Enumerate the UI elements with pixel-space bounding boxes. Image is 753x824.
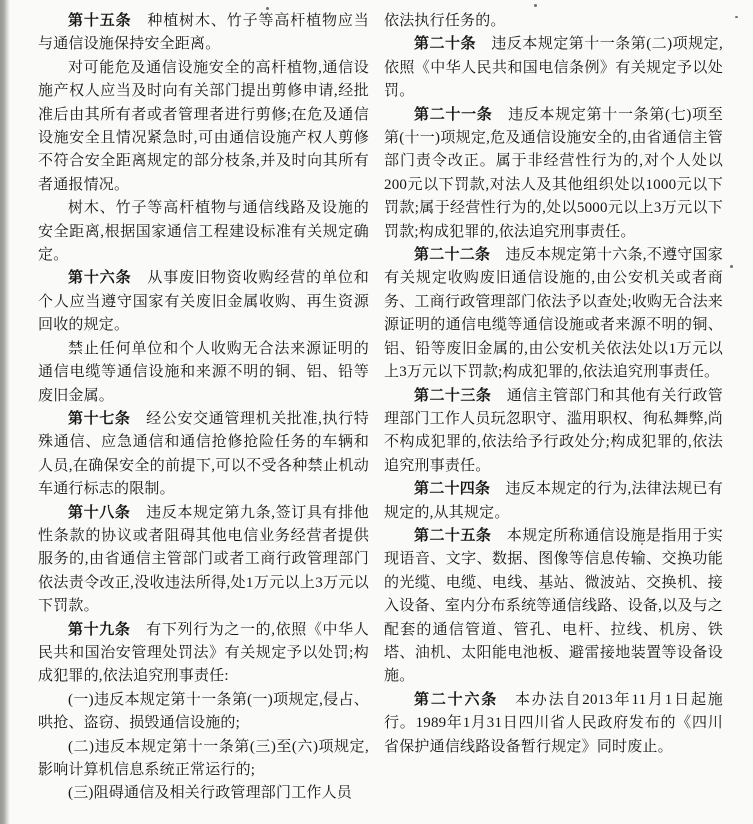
article-21-text: 违反本规定第十一条第(七)项至第(十一)项规定,危及通信设施安全的,由省通信主管… — [384, 107, 723, 240]
left-column: 第十五条 种植树木、竹子等高杆植物应当与通信设施保持安全距离。 对可能危及通信设… — [38, 10, 369, 806]
article-19-item-1-text: (一)违反本规定第十一条第(一)项规定,侵占、哄抢、盗窃、损毁通信设施的; — [38, 692, 369, 731]
article-19-item-3-continued-text: 依法执行任务的。 — [384, 13, 506, 29]
paragraph-article-22: 第二十二条 违反本规定第十六条,不遵守国家有关规定收购废旧通信设施的,由公安机关… — [384, 244, 723, 384]
paragraph-article-15-para3: 树木、竹子等高杆植物与通信线路及设施的安全距离,根据国家通信工程建设标准有关规定… — [38, 197, 369, 267]
scanned-document-page: { "page": { "colors": { "paper": "#fafaf… — [0, 0, 753, 824]
article-15-number: 第十五条 — [68, 13, 132, 29]
article-15-para3-text: 树木、竹子等高杆植物与通信线路及设施的安全距离,根据国家通信工程建设标准有关规定… — [38, 200, 369, 263]
article-22-text: 违反本规定第十六条,不遵守国家有关规定收购废旧通信设施的,由公安机关或者商务、工… — [384, 247, 723, 380]
article-16-number: 第十六条 — [68, 270, 132, 286]
paragraph-article-15-para2: 对可能危及通信设施安全的高杆植物,通信设施产权人应当及时向有关部门提出剪修申请,… — [38, 57, 369, 197]
article-22-number: 第二十二条 — [414, 247, 490, 263]
article-18-number: 第十八条 — [68, 505, 131, 521]
paragraph-article-19-item-3: (三)阻碍通信及相关行政管理部门工作人员 — [38, 782, 369, 805]
article-21-number: 第二十一条 — [414, 107, 492, 123]
article-19-item-2-text: (二)违反本规定第十一条第(三)至(六)项规定,影响计算机信息系统正常运行的; — [38, 739, 369, 778]
article-19-item-3-text: (三)阻碍通信及相关行政管理部门工作人员 — [68, 785, 352, 801]
paragraph-article-26: 第二十六条 本办法自2013年11月1日起施行。1989年1月31日四川省人民政… — [384, 689, 723, 759]
paragraph-article-15: 第十五条 种植树木、竹子等高杆植物应当与通信设施保持安全距离。 — [38, 10, 369, 57]
paragraph-article-21: 第二十一条 违反本规定第十一条第(七)项至第(十一)项规定,危及通信设施安全的,… — [384, 104, 723, 244]
paragraph-article-19-item-3-continued: 依法执行任务的。 — [384, 10, 723, 33]
article-25-text: 本规定所称通信设施是指用于实现语音、文字、数据、图像等信息传输、交换功能的光缆、… — [384, 528, 723, 684]
article-25-number: 第二十五条 — [414, 528, 491, 544]
article-15-para2-text: 对可能危及通信设施安全的高杆植物,通信设施产权人应当及时向有关部门提出剪修申请,… — [38, 60, 369, 193]
article-26-number: 第二十六条 — [414, 692, 498, 708]
paragraph-article-20: 第二十条 违反本规定第十一条第(二)项规定,依照《中华人民共和国电信条例》有关规… — [384, 33, 723, 103]
paragraph-article-19-item-1: (一)违反本规定第十一条第(一)项规定,侵占、哄抢、盗窃、损毁通信设施的; — [38, 689, 369, 736]
paragraph-article-19: 第十九条 有下列行为之一的,依照《中华人民共和国治安管理处罚法》有关规定予以处罚… — [38, 619, 369, 689]
paragraph-article-23: 第二十三条 通信主管部门和其他有关行政管理部门工作人员玩忽职守、滥用职权、徇私舞… — [384, 385, 723, 479]
paragraph-article-16: 第十六条 从事废旧物资收购经营的单位和个人应当遵守国家有关废旧金属收购、再生资源… — [38, 267, 369, 337]
two-column-layout: 第十五条 种植树木、竹子等高杆植物应当与通信设施保持安全距离。 对可能危及通信设… — [38, 10, 723, 806]
paragraph-article-24: 第二十四条 违反本规定的行为,法律法规已有规定的,从其规定。 — [384, 478, 723, 525]
article-16-para2-text: 禁止任何单位和个人收购无合法来源证明的通信电缆等通信设施和来源不明的铜、铝、铅等… — [38, 341, 369, 404]
paragraph-article-25: 第二十五条 本规定所称通信设施是指用于实现语音、文字、数据、图像等信息传输、交换… — [384, 525, 723, 689]
article-23-number: 第二十三条 — [414, 388, 491, 404]
paragraph-article-18: 第十八条 违反本规定第九条,签订具有排他性条款的协议或者阻碍其他电信业务经营者提… — [38, 502, 369, 619]
article-17-number: 第十七条 — [68, 411, 131, 427]
paragraph-article-19-item-2: (二)违反本规定第十一条第(三)至(六)项规定,影响计算机信息系统正常运行的; — [38, 736, 369, 783]
page-body: 第十五条 种植树木、竹子等高杆植物应当与通信设施保持安全距离。 对可能危及通信设… — [0, 0, 753, 824]
paragraph-article-16-para2: 禁止任何单位和个人收购无合法来源证明的通信电缆等通信设施和来源不明的铜、铝、铅等… — [38, 338, 369, 408]
article-24-number: 第二十四条 — [414, 481, 490, 497]
right-column: 依法执行任务的。 第二十条 违反本规定第十一条第(二)项规定,依照《中华人民共和… — [384, 10, 723, 806]
paragraph-article-17: 第十七条 经公安交通管理机关批准,执行特殊通信、应急通信和通信抢修抢险任务的车辆… — [38, 408, 369, 502]
article-19-number: 第十九条 — [68, 622, 131, 638]
article-20-number: 第二十条 — [414, 36, 476, 52]
